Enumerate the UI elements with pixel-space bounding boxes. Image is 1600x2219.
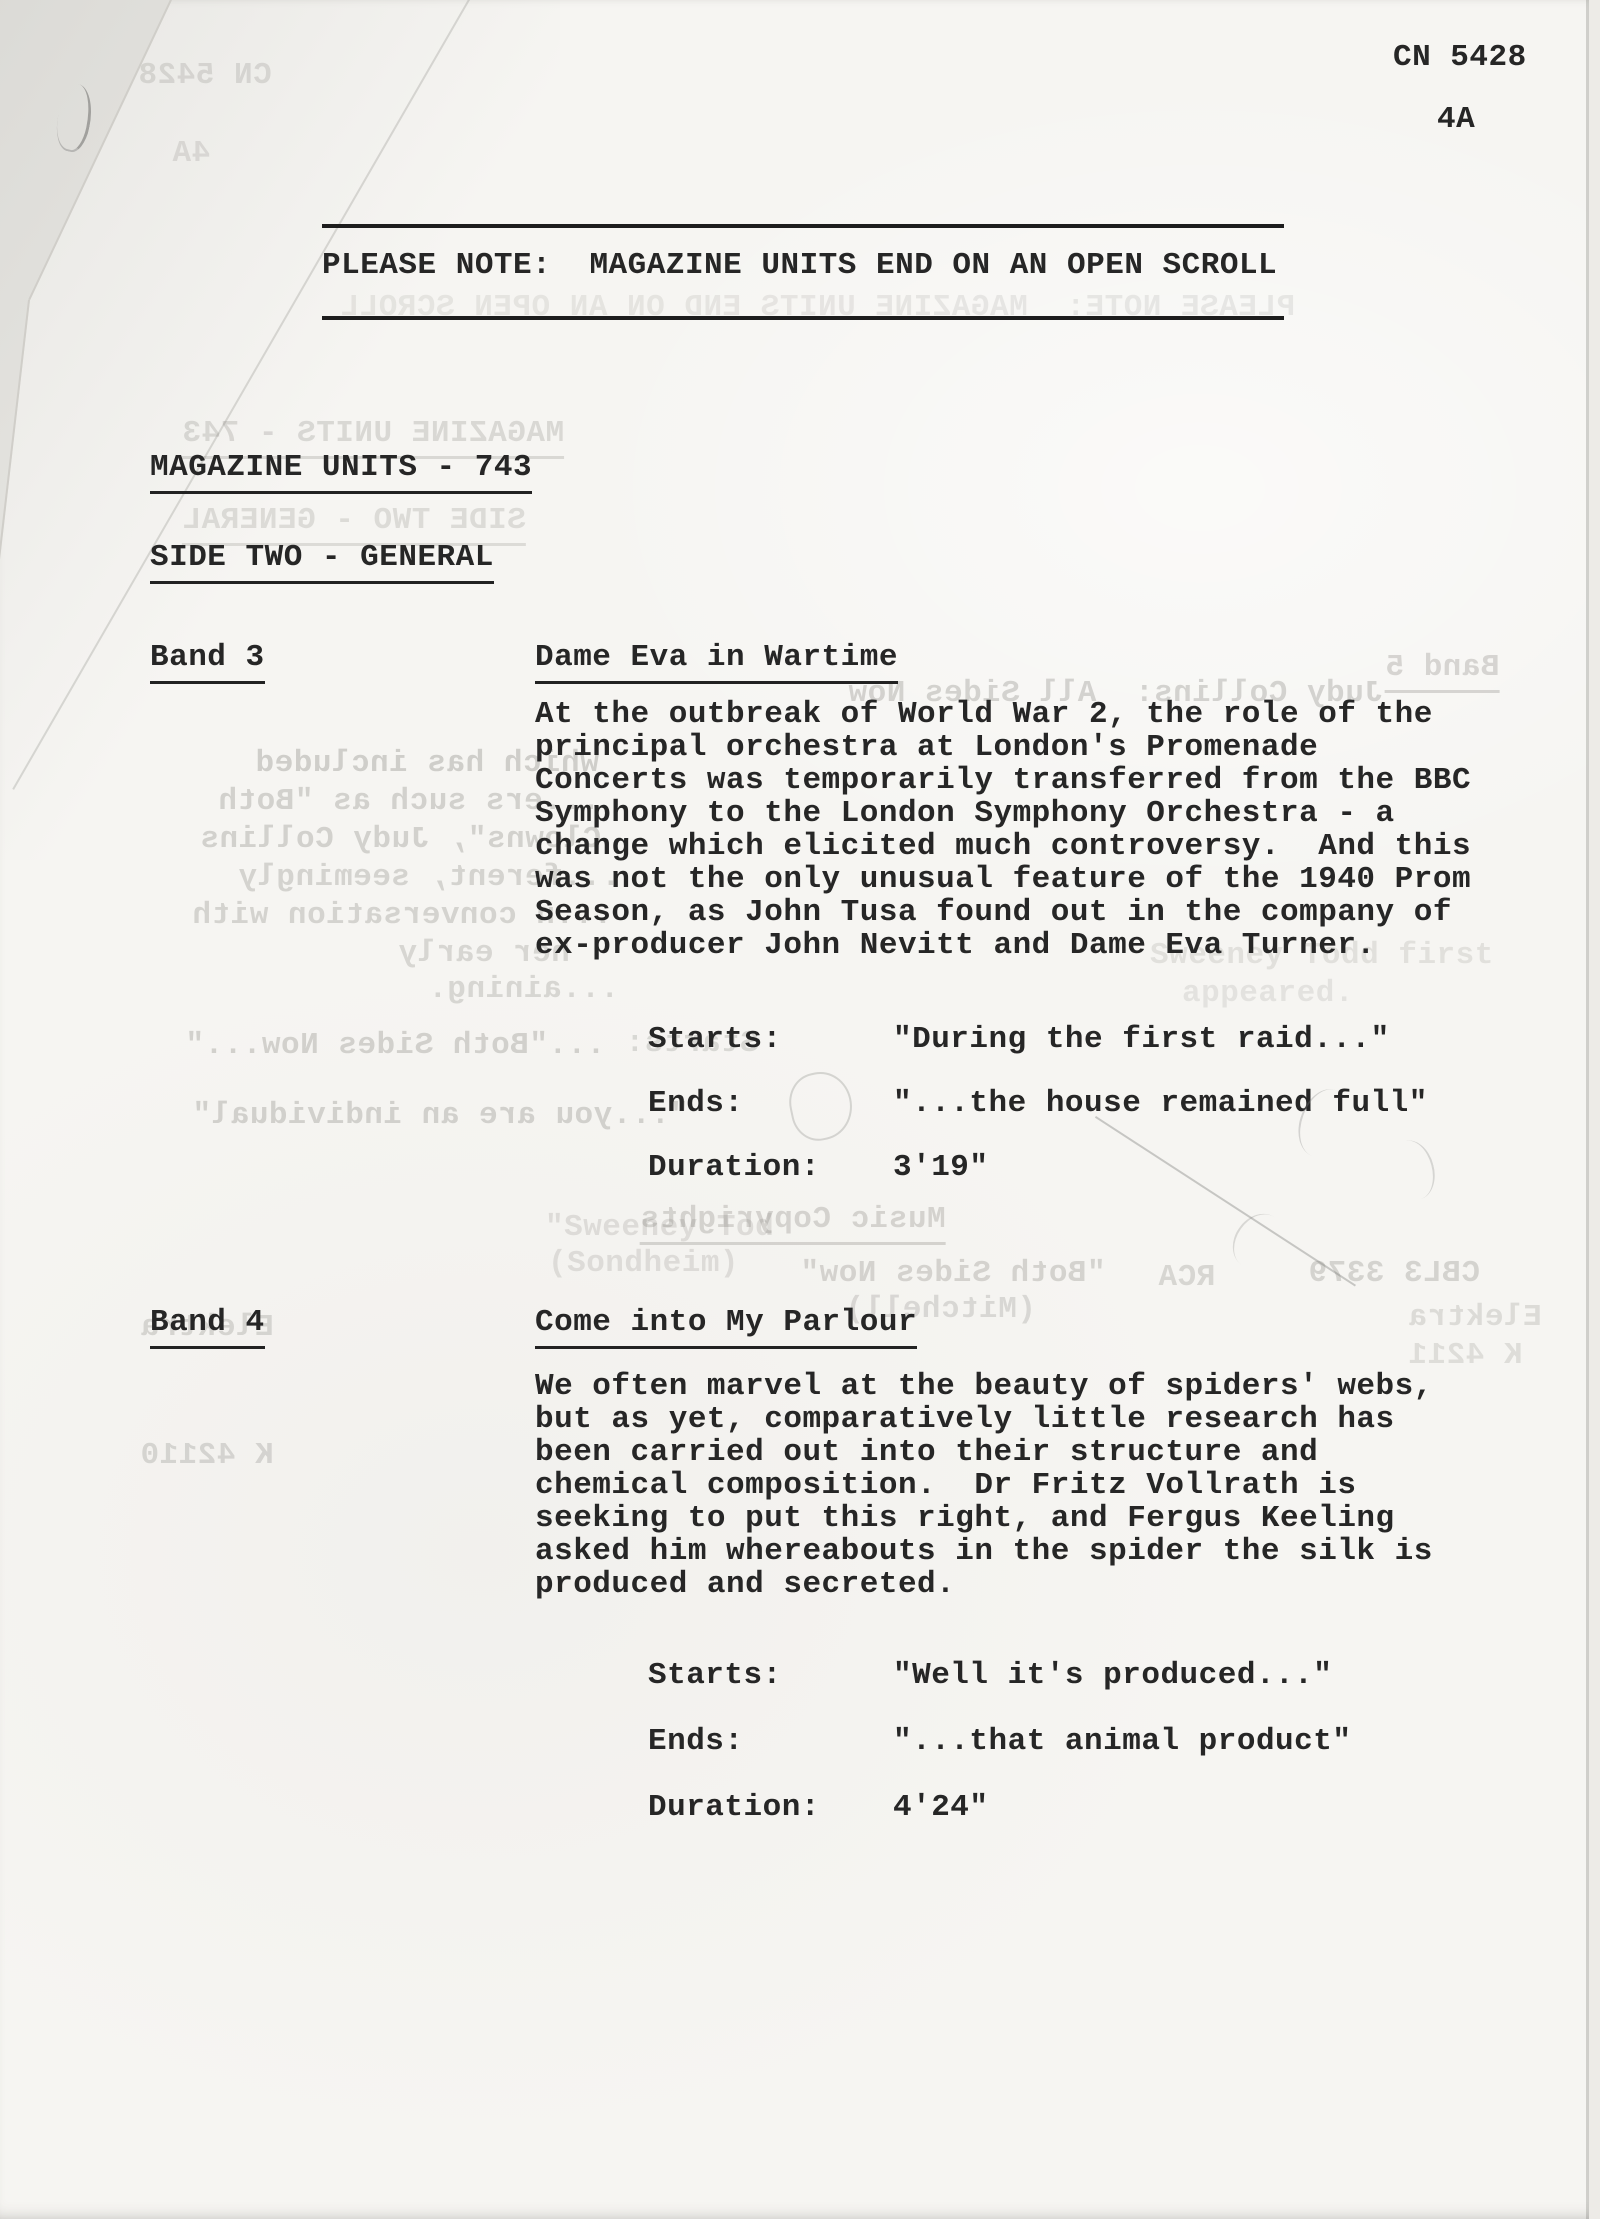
bleedthrough-text: (Sondheim) (548, 1246, 739, 1282)
bleedthrough-text: 4A (172, 136, 210, 172)
band-4-duration-label: Duration: (648, 1790, 820, 1826)
band-3-starts-label: Starts: (648, 1022, 782, 1058)
band-3-duration-value: 3'19" (893, 1150, 989, 1186)
band-4-starts-value: "Well it's produced..." (893, 1658, 1332, 1694)
pencil-squiggle (1223, 1204, 1294, 1278)
bleedthrough-text: Elektra (1408, 1300, 1542, 1336)
bleedthrough-text: K 42110 (140, 1438, 274, 1474)
band-3-starts-value: "During the first raid..." (893, 1022, 1390, 1058)
band-3-duration-label: Duration: (648, 1150, 820, 1186)
band-4-duration-value: 4'24" (893, 1790, 989, 1826)
document-title: MAGAZINE UNITS - 743 (150, 450, 532, 494)
bleedthrough-text: RCA (1158, 1260, 1215, 1296)
band-3-label: Band 3 (150, 640, 265, 684)
pencil-circle-mark (784, 1066, 859, 1145)
band-4-starts-label: Starts: (648, 1658, 782, 1694)
bleedthrough-text: "...you are an individual" (192, 1098, 689, 1134)
bleedthrough-text: CBL3 3379 (1308, 1256, 1480, 1292)
bleedthrough-text: ..."Both Sides Now..." (185, 1028, 605, 1064)
notice-rule-top (322, 224, 1284, 228)
band-4-label: Band 4 (150, 1305, 265, 1349)
bleedthrough-text: CN 5428 (138, 58, 272, 94)
bleedthrough-text: appeared. (1182, 976, 1354, 1012)
band-4-ends-value: "...that animal product" (893, 1724, 1351, 1760)
scanned-document-page: CN 54284APLEASE NOTE: MAGAZINE UNITS END… (0, 0, 1600, 2219)
bleedthrough-text: "Sweeney Tod (545, 1210, 774, 1246)
band-4-ends-label: Ends: (648, 1724, 744, 1760)
page-number: 4A (1437, 102, 1475, 138)
document-subtitle: SIDE TWO - GENERAL (150, 540, 494, 584)
bleedthrough-text: PLEASE NOTE: MAGAZINE UNITS END ON AN OP… (340, 290, 1295, 326)
band-3-description: At the outbreak of World War 2, the role… (535, 698, 1471, 962)
band-3-title: Dame Eva in Wartime (535, 640, 898, 684)
bleedthrough-text: ...aining. (428, 972, 619, 1008)
bleedthrough-text: "Both Sides Now" (800, 1256, 1106, 1292)
bleedthrough-text: Band 5 (1385, 650, 1500, 693)
band-4-description: We often marvel at the beauty of spiders… (535, 1370, 1433, 1601)
notice-text: PLEASE NOTE: MAGAZINE UNITS END ON AN OP… (322, 248, 1277, 284)
band-4-title: Come into My Parlour (535, 1305, 917, 1349)
scan-edge (1589, 0, 1600, 2219)
band-3-ends-label: Ends: (648, 1086, 744, 1122)
notice-rule-bottom (322, 316, 1284, 320)
scan-edge-line (1586, 0, 1589, 2219)
pencil-squiggle (1385, 1136, 1441, 1205)
document-number: CN 5428 (1393, 40, 1527, 76)
